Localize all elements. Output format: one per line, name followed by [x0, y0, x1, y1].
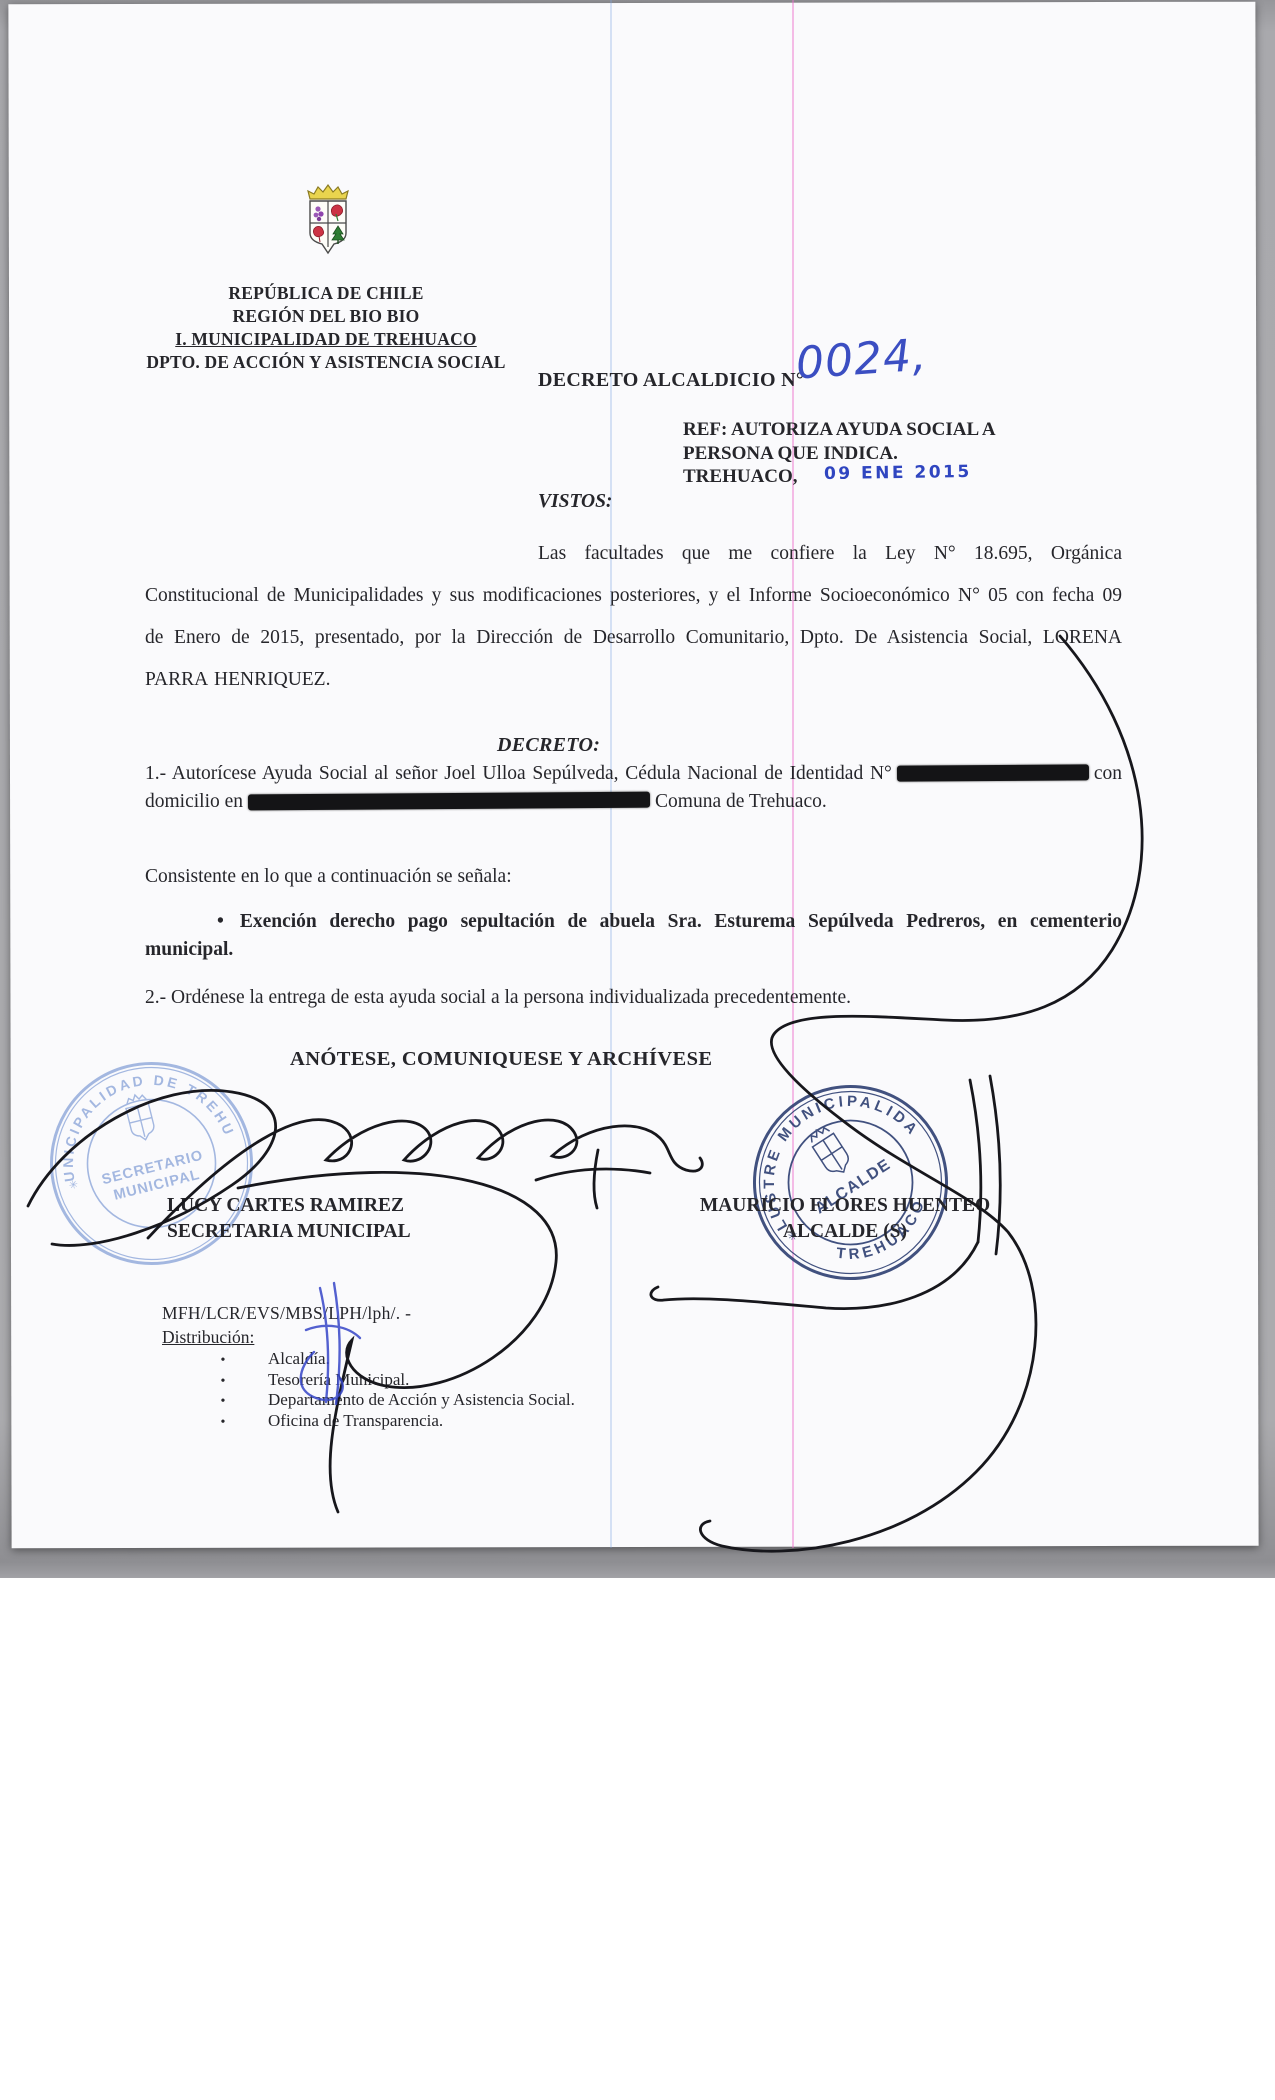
redaction-bar-id: [897, 764, 1089, 781]
article-1-text: 1.- Autorícese Ayuda Social al señor Joe…: [145, 763, 892, 784]
decree-title: DECRETO ALCALDICIO N°: [538, 369, 804, 392]
list-item: •Departamento de Acción y Asistencia Soc…: [200, 1390, 575, 1411]
decree-number-handwritten: 0024,: [794, 329, 928, 389]
bullet-glyph: •: [217, 911, 224, 932]
decreto-label: DECRETO:: [497, 734, 600, 757]
benefit-bullet: •Exención derecho pago sepultación de ab…: [145, 908, 1122, 963]
list-item: •Alcaldía.: [200, 1349, 575, 1370]
article-2: 2.- Ordénese la entrega de esta ayuda so…: [145, 987, 851, 1009]
article-1-text: Comuna de Trehuaco.: [655, 791, 827, 812]
distribution-list: •Alcaldía. •Tesorería Municipal. •Depart…: [200, 1349, 575, 1431]
vistos-label: VISTOS:: [538, 491, 612, 513]
letterhead-municipality: I. MUNICIPALIDAD DE TREHUACO: [130, 328, 522, 351]
bullet-glyph: •: [200, 1415, 246, 1431]
ref-line-1: REF: AUTORIZA AYUDA SOCIAL A: [683, 418, 996, 442]
bullet-glyph: •: [200, 1374, 246, 1390]
letterhead-department: DPTO. DE ACCIÓN Y ASISTENCIA SOCIAL: [130, 351, 522, 374]
article-1: 1.- Autorícese Ayuda Social al señor Joe…: [145, 760, 1122, 815]
bullet-glyph: •: [200, 1394, 246, 1410]
distribution-label: Distribución:: [162, 1327, 254, 1348]
signature-block-secretary: LUCY CARTES RAMIREZ SECRETARIA MUNICIPAL: [167, 1193, 411, 1245]
date-stamp: 09 ENE 2015: [824, 462, 972, 484]
redaction-bar-address: [248, 791, 650, 810]
letterhead-country: REPÚBLICA DE CHILE: [130, 282, 522, 305]
mayor-name: MAURICIO FLORES HUENTEO: [690, 1193, 1000, 1219]
mayor-title: ALCALDE (S): [690, 1219, 1000, 1245]
secretary-stamp-star-icon: ✳: [68, 1179, 80, 1193]
benefit-text: Exención derecho pago sepultación de abu…: [145, 911, 1122, 960]
list-item: •Tesorería Municipal.: [200, 1370, 575, 1391]
closing-formula: ANÓTESE, COMUNIQUESE Y ARCHÍVESE: [290, 1048, 713, 1071]
consistente-line: Consistente en lo que a continuación se …: [145, 866, 512, 888]
bullet-glyph: •: [200, 1353, 246, 1369]
secretary-title: SECRETARIA MUNICIPAL: [167, 1219, 411, 1245]
document-initials: MFH/LCR/EVS/MBS/LPH/lph/. -: [162, 1303, 411, 1324]
letterhead: REPÚBLICA DE CHILE REGIÓN DEL BIO BIO I.…: [130, 282, 522, 374]
scanned-document: REPÚBLICA DE CHILE REGIÓN DEL BIO BIO I.…: [0, 0, 1275, 1578]
list-item: •Oficina de Transparencia.: [200, 1411, 575, 1432]
secretary-name: LUCY CARTES RAMIREZ: [167, 1193, 411, 1219]
signature-block-mayor: MAURICIO FLORES HUENTEO ALCALDE (S): [690, 1193, 1000, 1245]
coat-of-arms-icon: [296, 181, 360, 261]
vistos-paragraph: Las facultades que me confiere la Ley N°…: [145, 533, 1122, 701]
letterhead-region: REGIÓN DEL BIO BIO: [130, 305, 522, 328]
